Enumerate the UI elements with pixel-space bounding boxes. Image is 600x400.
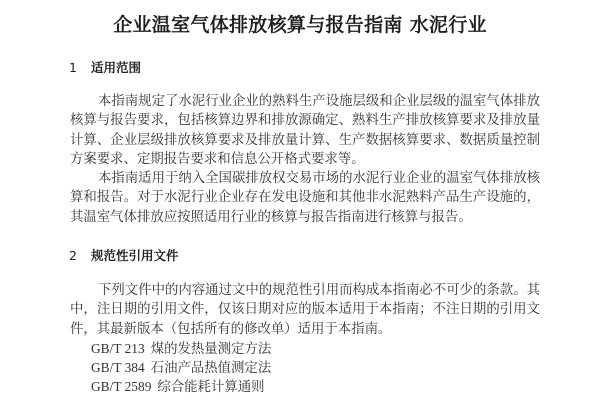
reference-code: GB/T 2589	[91, 379, 151, 394]
section-heading-1: 1适用范围	[69, 58, 141, 76]
section-heading-2: 2规范性引用文件	[69, 246, 179, 264]
reference-name: 石油产品热值测定法	[151, 361, 272, 376]
paragraph-text: 本指南规定了水泥行业企业的熟料生产设施层级和企业层级的温室气体排放核算与报告要求…	[70, 94, 540, 167]
section-title: 规范性引用文件	[91, 248, 179, 263]
paragraph-text: 本指南适用于纳入全国碳排放权交易市场的水泥行业企业的温室气体排放核算和报告。对于…	[70, 171, 540, 225]
reference-item: GB/T 213煤的发热量测定方法	[91, 339, 271, 359]
document-title: 企业温室气体排放核算与报告指南 水泥行业	[0, 10, 600, 37]
paragraph: 本指南适用于纳入全国碳排放权交易市场的水泥行业企业的温室气体排放核算和报告。对于…	[70, 169, 540, 227]
reference-code: GB/T 384	[91, 360, 145, 375]
section-title: 适用范围	[91, 60, 141, 75]
reference-name: 煤的发热量测定方法	[151, 342, 272, 357]
reference-name: 综合能耗计算通则	[157, 380, 264, 395]
paragraph: 本指南规定了水泥行业企业的熟料生产设施层级和企业层级的温室气体排放核算与报告要求…	[70, 92, 540, 169]
reference-item: GB/T 2589综合能耗计算通则	[91, 377, 265, 397]
reference-code: GB/T 213	[91, 341, 145, 356]
reference-item: GB/T 384石油产品热值测定法	[91, 358, 271, 378]
section-number: 1	[69, 60, 91, 75]
paragraph-text: 下列文件中的内容通过文中的规范性引用而构成本指南必不可少的条款。其中，注日期的引…	[70, 283, 540, 337]
section-number: 2	[69, 248, 91, 263]
paragraph: 下列文件中的内容通过文中的规范性引用而构成本指南必不可少的条款。其中，注日期的引…	[70, 281, 540, 339]
